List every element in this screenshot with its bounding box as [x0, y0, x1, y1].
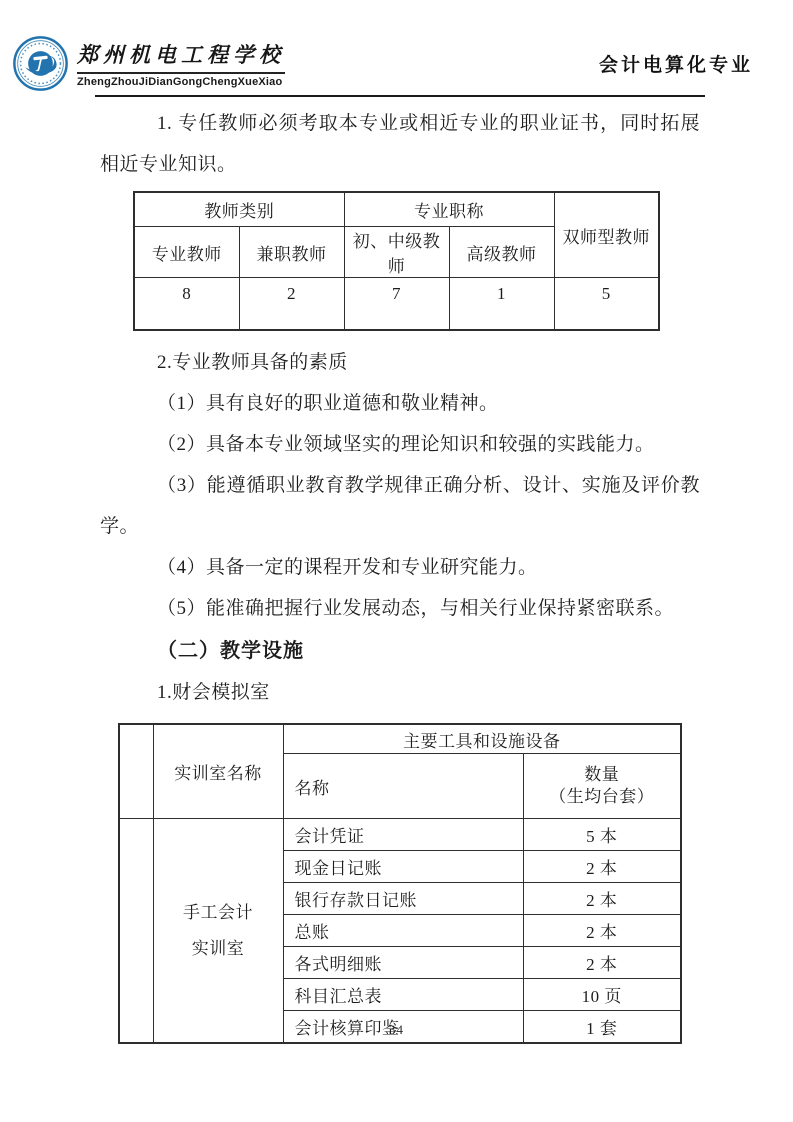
- school-brand: 郑州机电工程学校 ZhengZhouJiDianGongChengXueXiao: [12, 35, 285, 92]
- facility-section-heading: （二）教学设施: [100, 631, 700, 672]
- equipment-name: 科目汇总表: [283, 979, 523, 1011]
- equipment-qty: 10 页: [523, 979, 681, 1011]
- quality-section-title: 2.专业教师具备的素质: [100, 342, 700, 383]
- equipment-qty: 2 本: [523, 883, 681, 915]
- index-column-header-cell: [119, 724, 153, 819]
- subheader-fulltime: 专业教师: [134, 227, 239, 278]
- document-body: 1. 专任教师必须考取本专业或相近专业的职业证书，同时拓展相近专业知识。 教师类…: [0, 103, 793, 1044]
- quantity-header-line1: 数量: [524, 764, 681, 786]
- quantity-header-line2: （生均台套）: [524, 786, 681, 808]
- value-fulltime: 8: [134, 278, 239, 331]
- equipment-qty: 2 本: [523, 851, 681, 883]
- equipment-qty: 2 本: [523, 915, 681, 947]
- name-column-header: 名称: [283, 754, 523, 819]
- tools-group-header: 主要工具和设施设备: [283, 724, 681, 754]
- equipment-qty: 5 本: [523, 819, 681, 851]
- school-logo-icon: [12, 35, 69, 92]
- quality-item-4: （4）具备一定的课程开发和专业研究能力。: [100, 547, 700, 588]
- quantity-column-header: 数量 （生均台套）: [523, 754, 681, 819]
- value-senior: 1: [449, 278, 554, 331]
- quality-item-2: （2）具备本专业领域坚实的理论知识和较强的实践能力。: [100, 424, 700, 465]
- major-title: 会计电算化专业: [599, 50, 753, 77]
- school-name-chinese: 郑州机电工程学校: [77, 39, 285, 74]
- value-junior-mid: 7: [344, 278, 449, 331]
- subheader-junior-mid: 初、中级教师: [344, 227, 449, 278]
- paragraph-certificates: 1. 专任教师必须考取本专业或相近专业的职业证书，同时拓展相近专业知识。: [100, 103, 700, 185]
- equipment-name: 各式明细账: [283, 947, 523, 979]
- header-divider: [95, 95, 705, 97]
- quality-item-5: （5）能准确把握行业发展动态，与相关行业保持紧密联系。: [100, 588, 700, 629]
- page-header: 郑州机电工程学校 ZhengZhouJiDianGongChengXueXiao…: [12, 0, 753, 93]
- equipment-name: 会计凭证: [283, 819, 523, 851]
- equipment-qty: 2 本: [523, 947, 681, 979]
- room-name-header: 实训室名称: [153, 724, 283, 819]
- quality-item-3: （3）能遵循职业教育教学规律正确分析、设计、实施及评价教学。: [100, 465, 700, 547]
- facility-equipment-table: 实训室名称 主要工具和设施设备 名称 数量 （生均台套） 手工会计 实训室 会计…: [118, 723, 682, 1044]
- teacher-category-group-header: 教师类别: [134, 192, 344, 227]
- equipment-name: 现金日记账: [283, 851, 523, 883]
- school-name-block: 郑州机电工程学校 ZhengZhouJiDianGongChengXueXiao: [77, 39, 285, 88]
- teacher-statistics-table: 教师类别 专业职称 双师型教师 专业教师 兼职教师 初、中级教师 高级教师 8 …: [133, 191, 660, 331]
- quality-item-1: （1）具有良好的职业道德和敬业精神。: [100, 383, 700, 424]
- school-name-pinyin: ZhengZhouJiDianGongChengXueXiao: [77, 76, 285, 88]
- value-parttime: 2: [239, 278, 344, 331]
- value-double-qualified: 5: [554, 278, 659, 331]
- room-name-line1: 手工会计: [154, 895, 283, 931]
- index-column-body-cell: [119, 819, 153, 1044]
- room-name-line2: 实训室: [154, 931, 283, 967]
- facility-sub-heading: 1.财会模拟室: [100, 672, 700, 713]
- professional-title-group-header: 专业职称: [344, 192, 554, 227]
- equipment-name: 总账: [283, 915, 523, 947]
- subheader-senior: 高级教师: [449, 227, 554, 278]
- subheader-parttime: 兼职教师: [239, 227, 344, 278]
- page-number: 34: [0, 1022, 793, 1038]
- room-name-cell: 手工会计 实训室: [153, 819, 283, 1044]
- equipment-name: 银行存款日记账: [283, 883, 523, 915]
- double-qualified-header: 双师型教师: [554, 192, 659, 278]
